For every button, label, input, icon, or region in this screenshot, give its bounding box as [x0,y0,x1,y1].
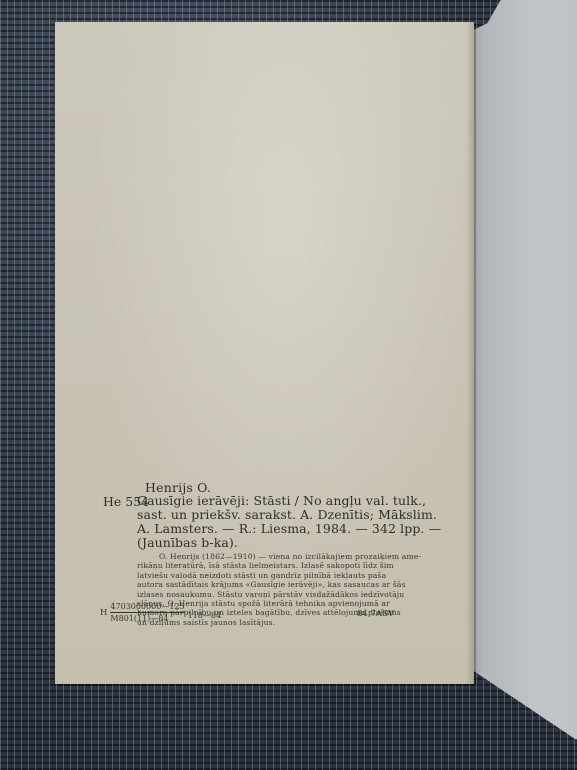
annotation-line: izlases nosaukumu. Stāstu varoņi pārstāv… [137,590,477,599]
entry-line: (Jaunības b-ka). [137,536,477,550]
biblio-denominator: M801(11)—84 [110,613,168,623]
annotation-line: O. Henrijs (1862—1910) — viena no izcilā… [137,552,477,561]
annotation-line: latviešu valodā neizdoti stāsti un gandr… [137,571,477,580]
biblio-code: 118—84 [188,611,221,620]
entry-line: sast. un priekšv. sarakst. A. Dzenītis; … [137,508,477,522]
facing-page [472,0,577,770]
biblio-numerator: 4703000000—125 [110,602,184,613]
book-page: Henrijs O. He 554 Gausīgie ierāvēji: Stā… [55,22,474,684]
annotation-line: rikāņu literatūrā, īsā stāsta lielmeista… [137,561,477,570]
biblio-prefix: H [100,608,107,618]
publication-code: H 4703000000—125 M801(11)—84 118—84 [100,602,221,623]
shelf-mark: 84.7ASV [357,609,394,619]
entry-line: Gausīgie ierāvēji: Stāsti / No angļu val… [137,494,477,508]
bibliographic-entry: Gausīgie ierāvēji: Stāsti / No angļu val… [137,494,477,550]
biblio-fraction: 4703000000—125 M801(11)—84 [110,602,184,623]
entry-line: A. Lamsters. — R.: Liesma, 1984. — 342 l… [137,522,477,536]
annotation-line: autora sastādītais krājums «Gausīgie ier… [137,580,477,589]
